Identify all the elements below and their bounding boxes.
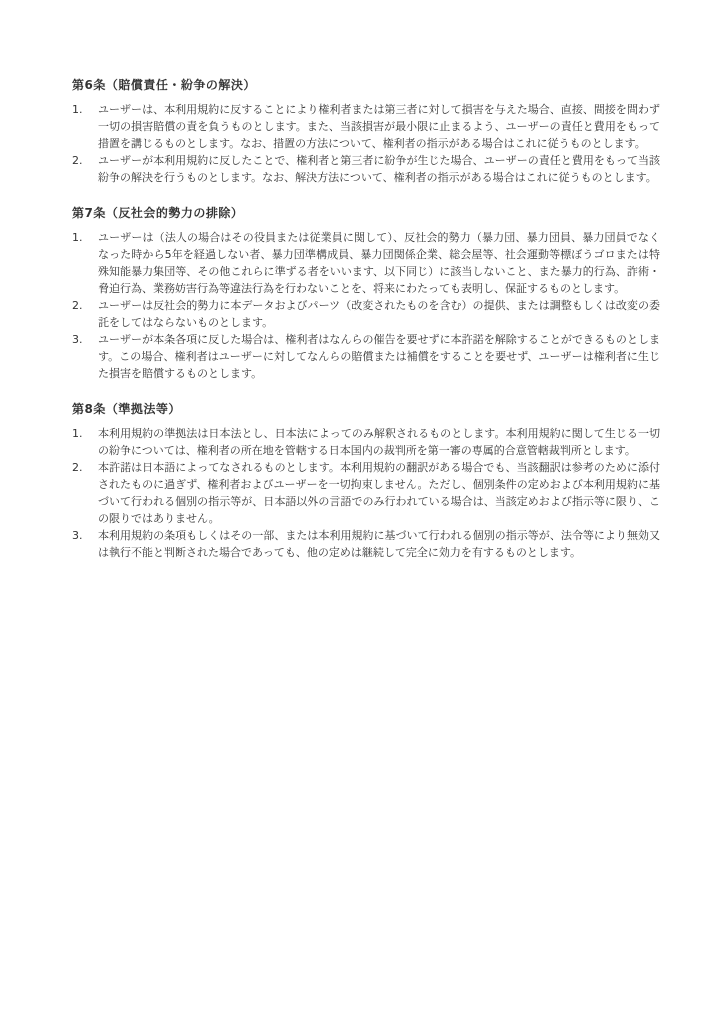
article-6-list: 1. ユーザーは、本利用規約に反することにより権利者または第三者に対して損害を与… (72, 101, 660, 186)
item-text: ユーザーは反社会的勢力に本データおよびパーツ（改変されたものを含む）の提供、また… (98, 297, 660, 331)
item-number: 1. (72, 101, 98, 118)
document-page: 第6条（賠償責任・紛争の解決） 1. ユーザーは、本利用規約に反することにより権… (0, 0, 728, 1024)
article-7-list: 1. ユーザーは（法人の場合はその役員または従業員に関して）、反社会的勢力（暴力… (72, 229, 660, 382)
list-item: 1. ユーザーは（法人の場合はその役員または従業員に関して）、反社会的勢力（暴力… (72, 229, 660, 297)
item-number: 1. (72, 229, 98, 246)
item-text: ユーザーは（法人の場合はその役員または従業員に関して）、反社会的勢力（暴力団、暴… (98, 229, 660, 297)
list-item: 2. ユーザーが本利用規約に反したことで、権利者と第三者に紛争が生じた場合、ユー… (72, 152, 660, 186)
item-text: ユーザーは、本利用規約に反することにより権利者または第三者に対して損害を与えた場… (98, 101, 660, 152)
item-number: 1. (72, 425, 98, 442)
list-item: 1. ユーザーは、本利用規約に反することにより権利者または第三者に対して損害を与… (72, 101, 660, 152)
list-item: 3. 本利用規約の条項もしくはその一部、または本利用規約に基づいて行われる個別の… (72, 527, 660, 561)
item-number: 2. (72, 152, 98, 169)
article-7-section: 第7条（反社会的勢力の排除） 1. ユーザーは（法人の場合はその役員または従業員… (72, 206, 660, 382)
item-text: ユーザーが本利用規約に反したことで、権利者と第三者に紛争が生じた場合、ユーザーの… (98, 152, 660, 186)
article-8-section: 第8条（準拠法等） 1. 本利用規約の準拠法は日本法とし、日本法によってのみ解釈… (72, 402, 660, 561)
item-text: 本利用規約の準拠法は日本法とし、日本法によってのみ解釈されるものとします。本利用… (98, 425, 660, 459)
item-number: 3. (72, 527, 98, 544)
article-6-heading: 第6条（賠償責任・紛争の解決） (72, 78, 660, 93)
list-item: 1. 本利用規約の準拠法は日本法とし、日本法によってのみ解釈されるものとします。… (72, 425, 660, 459)
article-8-heading: 第8条（準拠法等） (72, 402, 660, 417)
document-content: 第6条（賠償責任・紛争の解決） 1. ユーザーは、本利用規約に反することにより権… (72, 78, 660, 561)
list-item: 2. ユーザーは反社会的勢力に本データおよびパーツ（改変されたものを含む）の提供… (72, 297, 660, 331)
list-item: 3. ユーザーが本条各項に反した場合は、権利者はなんらの催告を要せずに本許諾を解… (72, 331, 660, 382)
item-number: 3. (72, 331, 98, 348)
article-8-list: 1. 本利用規約の準拠法は日本法とし、日本法によってのみ解釈されるものとします。… (72, 425, 660, 561)
article-7-heading: 第7条（反社会的勢力の排除） (72, 206, 660, 221)
item-number: 2. (72, 297, 98, 314)
item-text: ユーザーが本条各項に反した場合は、権利者はなんらの催告を要せずに本許諾を解除する… (98, 331, 660, 382)
list-item: 2. 本許諾は日本語によってなされるものとします。本利用規約の翻訳がある場合でも… (72, 459, 660, 527)
item-text: 本利用規約の条項もしくはその一部、または本利用規約に基づいて行われる個別の指示等… (98, 527, 660, 561)
item-text: 本許諾は日本語によってなされるものとします。本利用規約の翻訳がある場合でも、当該… (98, 459, 660, 527)
item-number: 2. (72, 459, 98, 476)
article-6-section: 第6条（賠償責任・紛争の解決） 1. ユーザーは、本利用規約に反することにより権… (72, 78, 660, 186)
